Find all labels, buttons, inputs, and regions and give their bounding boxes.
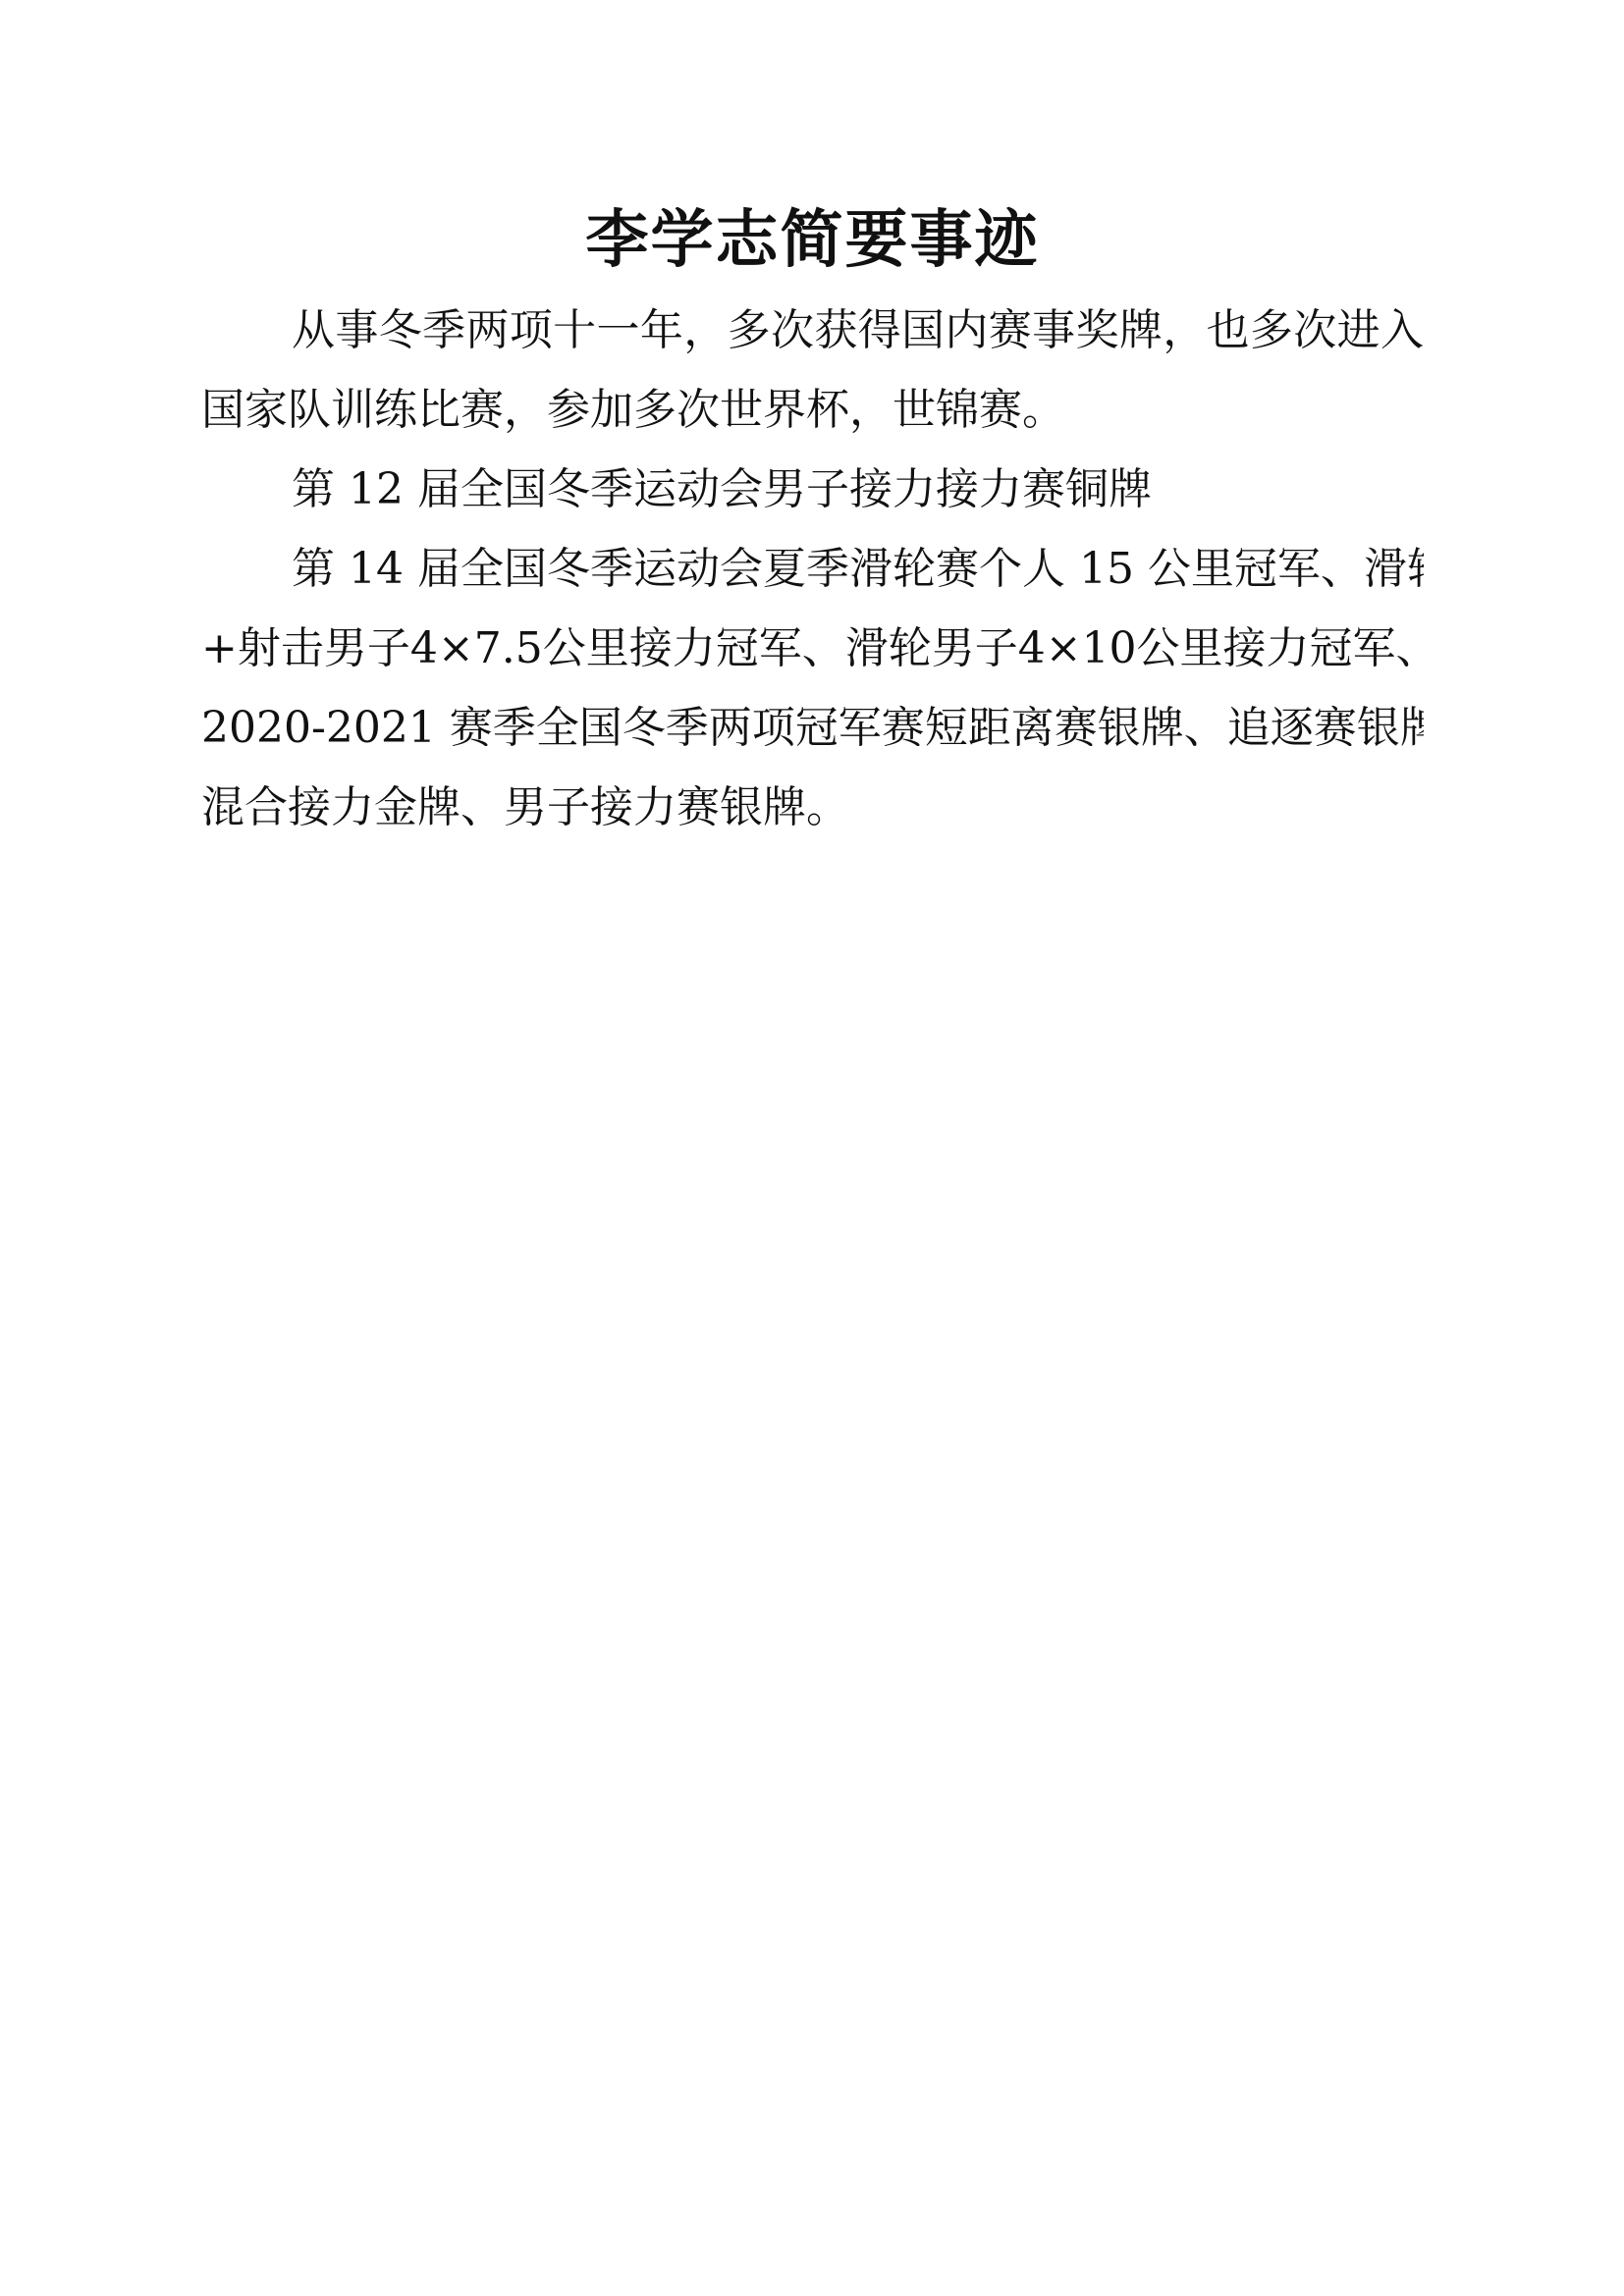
paragraph-2-line-1: 第 12 届全国冬季运动会男子接力接力赛铜牌 (201, 450, 1424, 529)
paragraph-1-line-1: 从事冬季两项十一年，多次获得国内赛事奖牌，也多次进入 (201, 291, 1424, 370)
paragraph-3-line-1: 第 14 届全国冬季运动会夏季滑轮赛个人 15 公里冠军、滑轮 (201, 529, 1424, 609)
paragraph-3-line-3: 2020-2021 赛季全国冬季两项冠军赛短距离赛银牌、追逐赛银牌、 (201, 688, 1424, 768)
paragraph-1-line-2: 国家队训练比赛，参加多次世界杯，世锦赛。 (201, 370, 1424, 450)
document-page: 李学志简要事迹 从事冬季两项十一年，多次获得国内赛事奖牌，也多次进入 国家队训练… (0, 0, 1624, 2296)
paragraph-3-line-2: +射击男子4×7.5公里接力冠军、滑轮男子4×10公里接力冠军、 (201, 609, 1424, 688)
paragraph-3-line-4: 混合接力金牌、男子接力赛银牌。 (201, 768, 1424, 847)
document-body: 从事冬季两项十一年，多次获得国内赛事奖牌，也多次进入 国家队训练比赛，参加多次世… (201, 291, 1424, 847)
document-title: 李学志简要事迹 (201, 196, 1424, 285)
